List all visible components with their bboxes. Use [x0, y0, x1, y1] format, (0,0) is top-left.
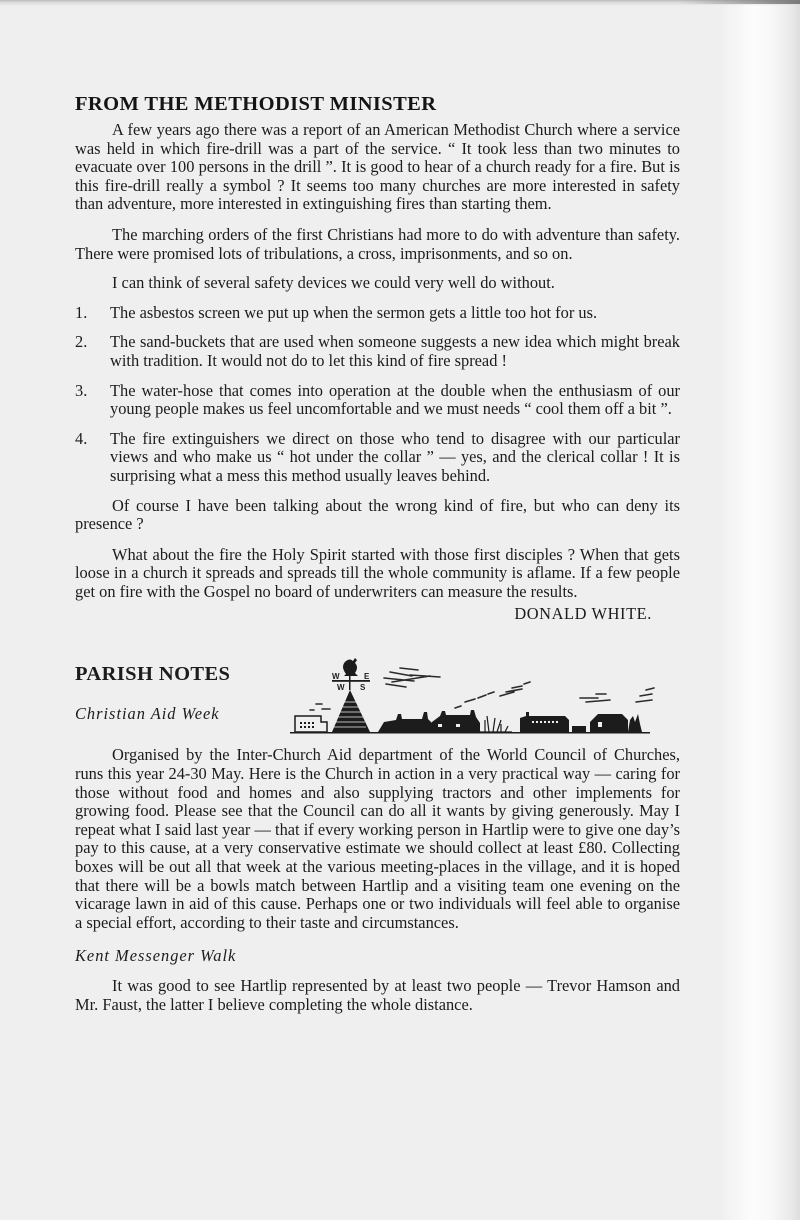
list-item-number: 1.	[75, 304, 87, 323]
list-item: 4. The fire extinguishers we direct on t…	[75, 430, 680, 486]
svg-text:W: W	[332, 672, 340, 681]
list-item-text: The water-hose that comes into operation…	[110, 381, 680, 419]
weathervane-icon: W E S W	[332, 658, 370, 732]
svg-text:W: W	[337, 683, 345, 692]
section-title-minister: FROM THE METHODIST MINISTER	[75, 92, 680, 116]
page-top-edge	[0, 0, 800, 6]
list-item-text: The fire extinguishers we direct on thos…	[110, 429, 680, 485]
village-skyline-illustration: W E S W	[280, 654, 700, 744]
section-title-parish: PARISH NOTES	[75, 662, 230, 686]
paragraph-holy-spirit: What about the fire the Holy Spirit star…	[75, 546, 680, 602]
list-item: 1. The asbestos screen we put up when th…	[75, 304, 680, 323]
paragraph-safety-devices-intro: I can think of several safety devices we…	[75, 274, 680, 293]
parish-header: PARISH NOTES Christian Aid Week W E S W	[75, 654, 680, 744]
paragraph-kent-messenger: It was good to see Hartlip represented b…	[75, 977, 680, 1014]
subheading-christian-aid: Christian Aid Week	[75, 704, 220, 724]
paragraph-wrong-kind-of-fire: Of course I have been talking about the …	[75, 497, 680, 534]
list-item-number: 2.	[75, 333, 87, 352]
author-signature: DONALD WHITE.	[75, 604, 652, 624]
svg-text:E: E	[364, 672, 370, 681]
paragraph-marching-orders: The marching orders of the first Christi…	[75, 226, 680, 263]
barn-icon	[520, 712, 586, 732]
list-item-text: The sand-buckets that are used when some…	[110, 332, 680, 370]
farmhouse-icon	[590, 714, 642, 732]
svg-text:S: S	[360, 683, 366, 692]
list-item: 3. The water-hose that comes into operat…	[75, 382, 680, 419]
page-content: FROM THE METHODIST MINISTER A few years …	[75, 92, 680, 1015]
paragraph-christian-aid: Organised by the Inter-Church Aid depart…	[75, 746, 680, 932]
building-icon	[295, 716, 327, 732]
scanned-page: FROM THE METHODIST MINISTER A few years …	[0, 0, 800, 1220]
cottage-icon	[378, 710, 480, 732]
safety-devices-list: 1. The asbestos screen we put up when th…	[75, 304, 680, 486]
list-item-number: 4.	[75, 430, 87, 449]
minister-section: FROM THE METHODIST MINISTER A few years …	[75, 92, 680, 624]
list-item-text: The asbestos screen we put up when the s…	[110, 303, 597, 322]
parish-section: PARISH NOTES Christian Aid Week W E S W	[75, 654, 680, 1014]
list-item-number: 3.	[75, 382, 87, 401]
paragraph-fire-drill: A few years ago there was a report of an…	[75, 121, 680, 214]
subheading-kent-messenger: Kent Messenger Walk	[75, 946, 680, 966]
list-item: 2. The sand-buckets that are used when s…	[75, 333, 680, 370]
